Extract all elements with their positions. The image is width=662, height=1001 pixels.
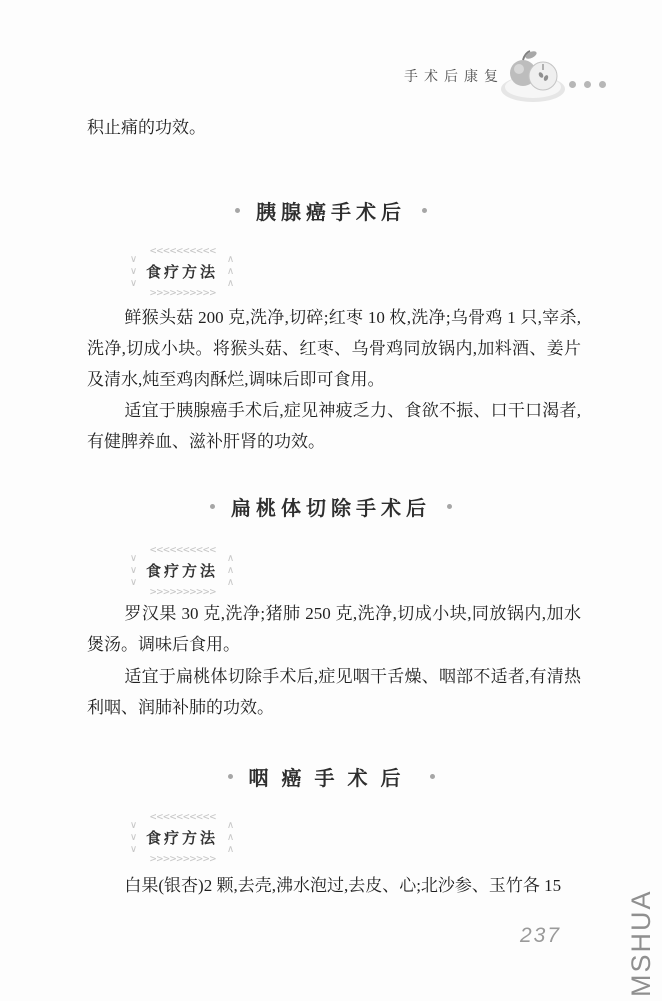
diet-method-badge: <<<<<<<<<< ∨∨∨ ∧∧∧ >>>>>>>>>> 食疗方法 [126,246,238,298]
title-dot-left-icon [228,774,233,779]
chevron-border-left: ∨∨∨ [128,553,139,589]
watermark: MSHUA [626,889,657,997]
section-title-text: 扁桃体切除手术后 [231,492,431,521]
section-title: 扁桃体切除手术后 [0,492,662,520]
section-title: 胰腺癌手术后 [0,196,662,224]
diet-method-badge: <<<<<<<<<< ∨∨∨ ∧∧∧ >>>>>>>>>> 食疗方法 [126,812,238,864]
title-dot-left-icon [210,504,215,509]
title-dot-right-icon [422,208,427,213]
diet-method-badge: <<<<<<<<<< ∨∨∨ ∧∧∧ >>>>>>>>>> 食疗方法 [126,545,238,597]
paragraph: 鲜猴头菇 200 克,洗净,切碎;红枣 10 枚,洗净;乌骨鸡 1 只,宰杀,洗… [87,302,581,395]
chevron-border-top: <<<<<<<<<< [136,545,230,555]
title-dot-right-icon [447,504,452,509]
diet-method-label: 食疗方法 [140,261,224,282]
paragraph: 罗汉果 30 克,洗净;猪肺 250 克,洗净,切成小块,同放锅内,加水煲汤。调… [87,598,581,660]
page-number: 237 [520,924,561,948]
title-dot-left-icon [235,208,240,213]
chevron-border-top: <<<<<<<<<< [136,246,230,256]
chevron-border-bottom: >>>>>>>>>> [136,587,230,597]
section-title: 咽癌手术后 [0,762,662,790]
chevron-border-top: <<<<<<<<<< [136,812,230,822]
chevron-border-right: ∧∧∧ [225,820,236,856]
book-page: 手术后康复 积止痛的功效。 胰腺癌手术后 <<<<<<<<<< ∨∨∨ ∧∧∧ … [0,0,662,1001]
chevron-border-left: ∨∨∨ [128,820,139,856]
page-header: 手术后康复 [0,44,662,106]
paragraph: 适宜于胰腺癌手术后,症见神疲乏力、食欲不振、口干口渴者,有健脾养血、滋补肝肾的功… [87,395,581,457]
chevron-border-right: ∧∧∧ [225,553,236,589]
diet-method-label: 食疗方法 [140,827,224,848]
paragraph: 积止痛的功效。 [87,112,581,143]
paragraph: 白果(银杏)2 颗,去壳,沸水泡过,去皮、心;北沙参、玉竹各 15 [87,870,581,901]
apple-plate-illustration [498,46,568,104]
section-title-text: 胰腺癌手术后 [256,196,406,225]
chevron-border-bottom: >>>>>>>>>> [136,854,230,864]
diet-method-label: 食疗方法 [140,560,224,581]
section-title-text: 咽癌手术后 [249,762,414,791]
running-head-title: 手术后康复 [404,66,504,86]
paragraph: 适宜于扁桃体切除手术后,症见咽干舌燥、咽部不适者,有清热利咽、润肺补肺的功效。 [87,661,581,723]
header-dots-decoration [569,75,614,93]
chevron-border-right: ∧∧∧ [225,254,236,290]
chevron-border-bottom: >>>>>>>>>> [136,288,230,298]
title-dot-right-icon [430,774,435,779]
chevron-border-left: ∨∨∨ [128,254,139,290]
